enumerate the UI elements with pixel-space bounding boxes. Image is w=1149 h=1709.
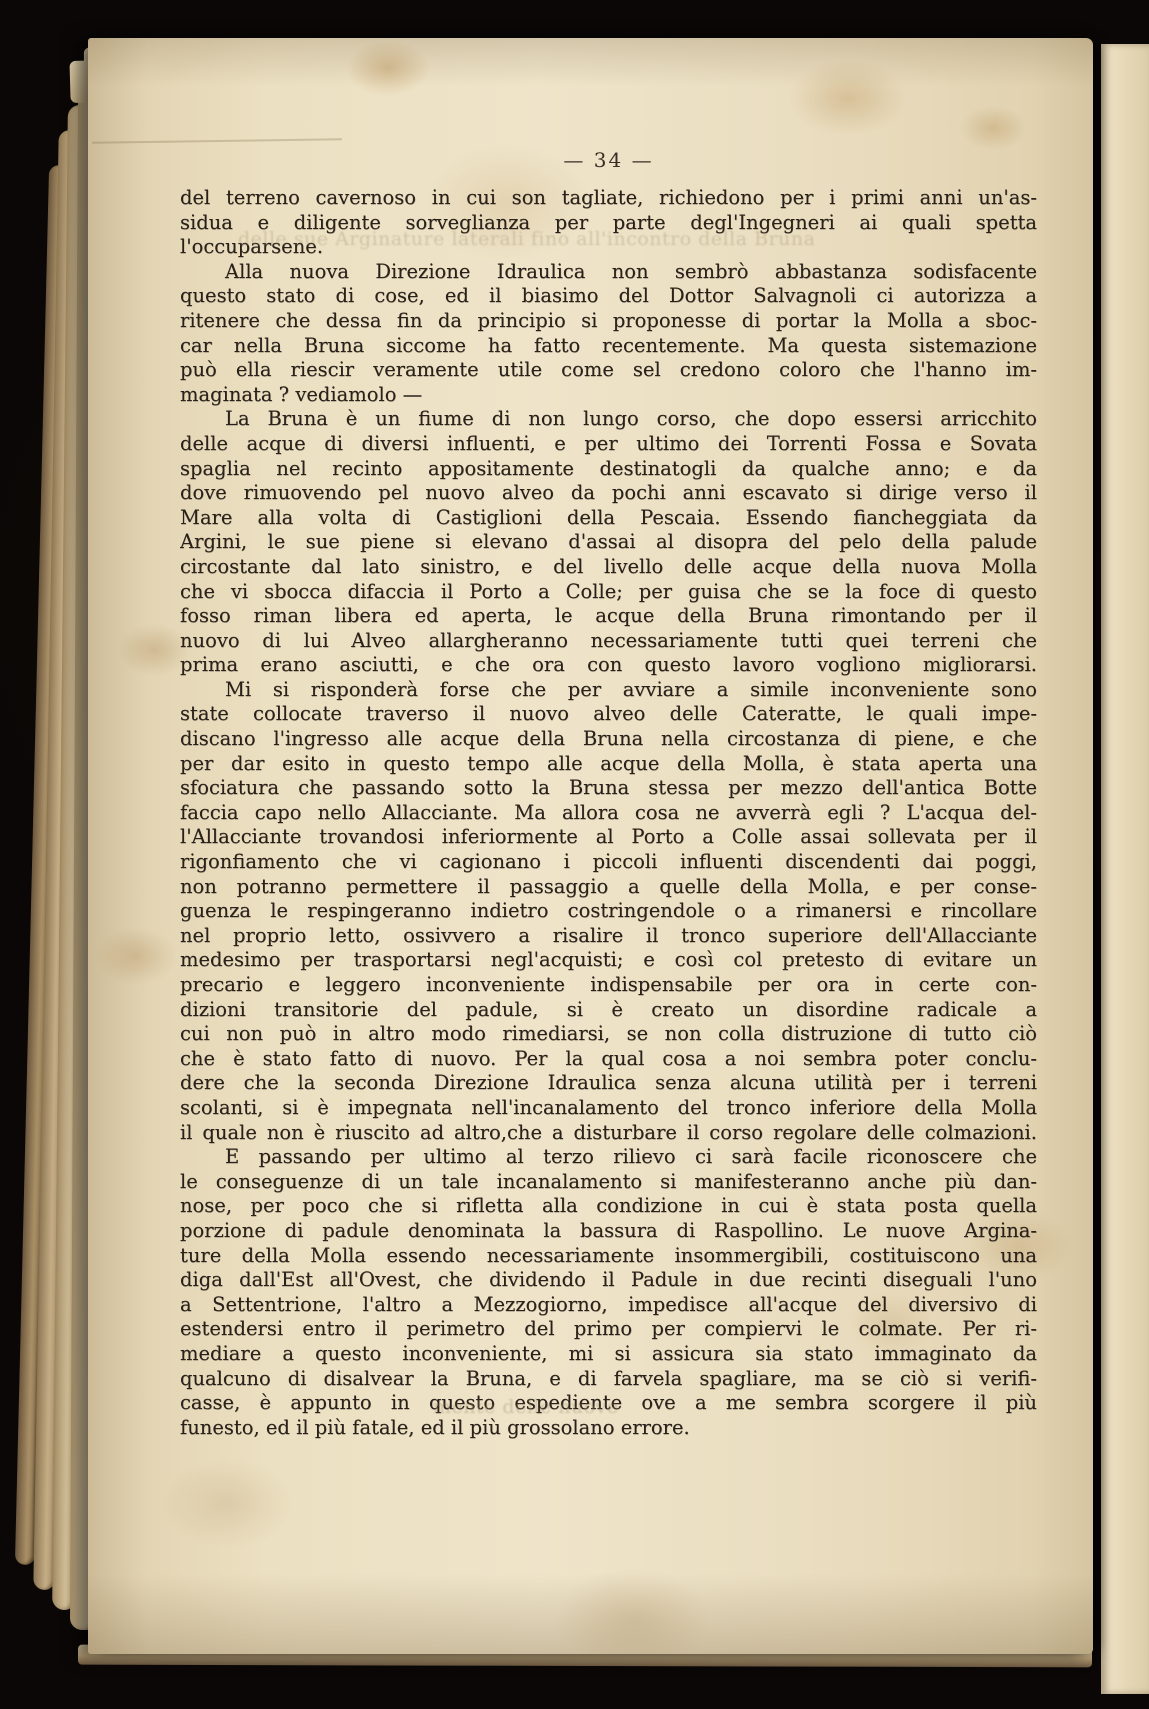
text-line: E passando per ultimo al terzo rilievo c… — [180, 1145, 1037, 1170]
text-line: nel proprio letto, ossivvero a risalire … — [180, 924, 1037, 949]
text-line: questo stato di cose, ed il biasimo del … — [180, 284, 1037, 309]
text-line: può ella riescir veramente utile come se… — [180, 358, 1037, 383]
text-line: a Settentrione, l'altro a Mezzogiorno, i… — [180, 1293, 1037, 1318]
text-line: Mi si risponderà forse che per avviare a… — [180, 678, 1037, 703]
page-text: del terreno cavernoso in cui son tagliat… — [180, 186, 1037, 1440]
text-line: nose, per poco che si rifletta alla cond… — [180, 1194, 1037, 1219]
text-line: circostante dal lato sinistro, e del liv… — [180, 555, 1037, 580]
text-line: Mare alla volta di Castiglioni della Pes… — [180, 506, 1037, 531]
text-line: del terreno cavernoso in cui son tagliat… — [180, 186, 1037, 211]
text-line: nuovo di lui Alveo allargheranno necessa… — [180, 629, 1037, 654]
text-line: maginata ? vediamolo — — [180, 383, 1037, 408]
text-line: dove rimuovendo pel nuovo alveo da pochi… — [180, 481, 1037, 506]
text-line: La Bruna è un fiume di non lungo corso, … — [180, 407, 1037, 432]
text-line: delle acque di diversi influenti, e per … — [180, 432, 1037, 457]
page-header: — 34 — — [180, 148, 1037, 172]
text-line: scolanti, si è impegnata nell'incanalame… — [180, 1096, 1037, 1121]
text-line: qualcuno di disalvear la Bruna, e di far… — [180, 1367, 1037, 1392]
book-scan: — 34 — del terreno cavernoso in cui son … — [0, 0, 1149, 1709]
text-line: ritenere che dessa fin da principio si p… — [180, 309, 1037, 334]
text-line: funesto, ed il più fatale, ed il più gro… — [180, 1416, 1037, 1441]
text-line: spaglia nel recinto appositamente destin… — [180, 457, 1037, 482]
text-line: il quale non è riuscito ad altro,che a d… — [180, 1121, 1037, 1146]
text-line: ture della Molla essendo necessariamente… — [180, 1244, 1037, 1269]
text-line: guenza le respingeranno indietro costrin… — [180, 899, 1037, 924]
text-line: porzione di padule denominata la bassura… — [180, 1219, 1037, 1244]
text-line: prima erano asciutti, e che ora con ques… — [180, 653, 1037, 678]
text-line: state collocate traverso il nuovo alveo … — [180, 702, 1037, 727]
text-line: discano l'ingresso alle acque della Brun… — [180, 727, 1037, 752]
page-number: — 34 — — [563, 148, 653, 172]
text-line: sfociatura che passando sotto la Bruna s… — [180, 776, 1037, 801]
text-line: l'Allacciante trovandosi inferiormente a… — [180, 825, 1037, 850]
text-line: diga dall'Est all'Ovest, che dividendo i… — [180, 1268, 1037, 1293]
text-line: mediare a questo inconveniente, mi si as… — [180, 1342, 1037, 1367]
text-line: rigonfiamento che vi cagionano i piccoli… — [180, 850, 1037, 875]
facing-page-edge — [1101, 44, 1149, 1694]
page-crease — [92, 138, 342, 143]
text-line: faccia capo nello Allacciante. Ma allora… — [180, 801, 1037, 826]
text-line: dere che la seconda Direzione Idraulica … — [180, 1071, 1037, 1096]
text-line: per dar esito in questo tempo alle acque… — [180, 752, 1037, 777]
showthrough-text: mente delle nuove — [433, 1396, 619, 1418]
text-line: car nella Bruna siccome ha fatto recente… — [180, 334, 1037, 359]
text-line: dizioni transitorie del padule, si è cre… — [180, 998, 1037, 1023]
text-line: le conseguenze di un tale incanalamento … — [180, 1170, 1037, 1195]
text-line: precario e leggero inconveniente indispe… — [180, 973, 1037, 998]
text-line: che è stato fatto di nuovo. Per la qual … — [180, 1047, 1037, 1072]
text-line: che vi sbocca difaccia il Porto a Colle;… — [180, 580, 1037, 605]
text-line: Alla nuova Direzione Idraulica non sembr… — [180, 260, 1037, 285]
text-line: Argini, le sue piene si elevano d'assai … — [180, 530, 1037, 555]
text-line: cui non può in altro modo rimediarsi, se… — [180, 1022, 1037, 1047]
text-line: medesimo per trasportarsi negl'acquisti;… — [180, 948, 1037, 973]
text-line: non potranno permettere il passaggio a q… — [180, 875, 1037, 900]
text-line: estendersi entro il perimetro del primo … — [180, 1317, 1037, 1342]
text-line: fosso riman libera ed aperta, le acque d… — [180, 604, 1037, 629]
showthrough-text: delle sue Arginature laterali fino all'i… — [238, 228, 815, 250]
book-page: — 34 — del terreno cavernoso in cui son … — [88, 38, 1093, 1654]
